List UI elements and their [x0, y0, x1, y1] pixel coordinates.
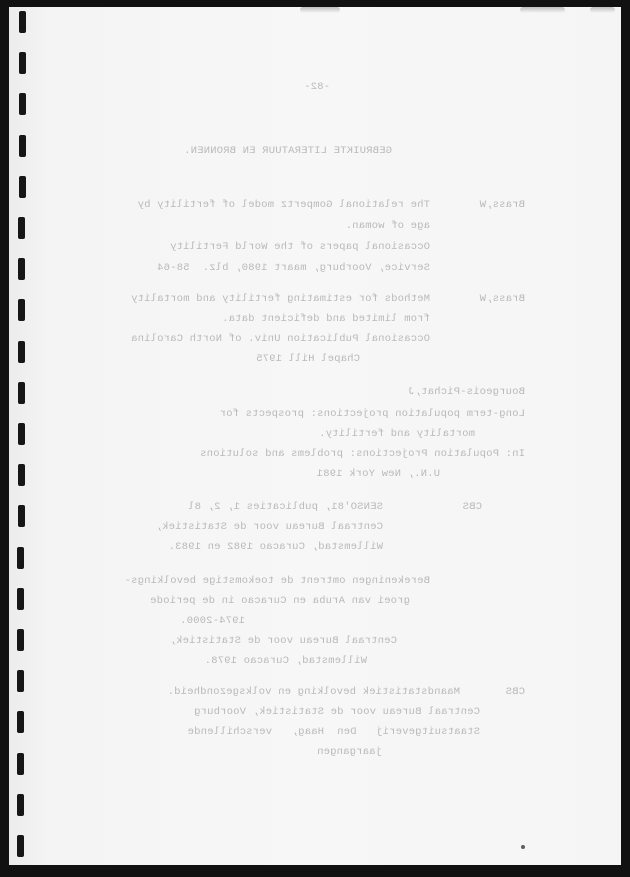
- binding-hole: [17, 753, 24, 775]
- binding-hole: [18, 258, 25, 280]
- scan-dust-speck: [521, 845, 525, 849]
- scan-smudge: [590, 7, 615, 13]
- scan-smudge: [520, 7, 565, 13]
- binding-hole: [18, 382, 25, 404]
- binding-hole: [17, 629, 24, 651]
- binding-hole: [17, 835, 24, 857]
- binding-hole: [18, 505, 25, 527]
- binding-hole: [17, 794, 24, 816]
- binding-hole: [17, 711, 24, 733]
- binding-hole: [17, 588, 24, 610]
- binding-hole: [19, 93, 26, 115]
- binding-hole: [18, 464, 25, 486]
- binding-hole: [19, 11, 26, 33]
- binding-hole: [18, 299, 25, 321]
- binding-hole: [19, 135, 26, 157]
- binding-hole: [18, 217, 25, 239]
- binding-hole: [18, 423, 25, 445]
- binding-hole: [18, 341, 25, 363]
- binding-hole: [19, 52, 26, 74]
- binding-hole: [17, 547, 24, 569]
- binding-hole: [19, 176, 26, 198]
- binding-hole: [17, 670, 24, 692]
- scan-smudge: [300, 7, 340, 13]
- scanned-page: [9, 7, 621, 865]
